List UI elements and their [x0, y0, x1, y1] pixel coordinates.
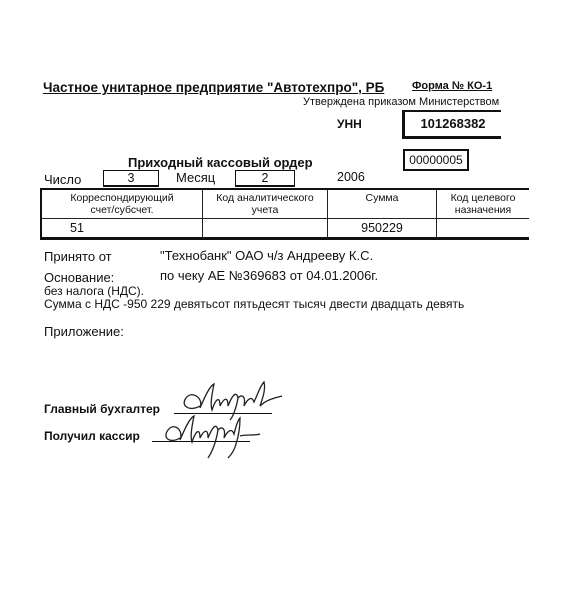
table-cell-account: 51: [41, 219, 203, 239]
amount-in-words: Сумма с НДС -950 229 девятьсот пятьдесят…: [44, 297, 464, 311]
month-value: 2: [235, 170, 295, 187]
table-cell-purpose-code: [437, 219, 530, 239]
table-cell-analytic-code: [203, 219, 328, 239]
column-header: Сумма: [328, 189, 437, 219]
received-from-value: "Технобанк" ОАО ч/з Андрееву К.С.: [160, 248, 373, 263]
document-title: Приходный кассовый ордер: [128, 155, 313, 170]
cashier-signature: [150, 410, 270, 460]
month-label: Месяц: [176, 170, 215, 185]
column-header: Код аналитического учета: [203, 189, 328, 219]
unn-label: УНН: [337, 117, 362, 131]
column-header: Код целевого назначения: [437, 189, 530, 219]
basis-value: по чеку АЕ №369683 от 04.01.2006г.: [160, 268, 378, 283]
form-code: Форма № КО-1: [412, 80, 492, 92]
order-number: 00000005: [403, 149, 469, 171]
chief-accountant-label: Главный бухгалтер: [44, 402, 160, 416]
unn-value: 101268382: [402, 110, 501, 139]
approved-by: Утверждена приказом Министерством: [303, 96, 499, 108]
day-value: 3: [103, 170, 159, 187]
table-cell-amount: 950229: [328, 219, 437, 239]
cashier-label: Получил кассир: [44, 429, 140, 443]
accounts-table: Корреспондирующий счет/субсчет. Код анал…: [40, 188, 529, 240]
day-label: Число: [44, 172, 81, 187]
column-header: Корреспондирующий счет/субсчет.: [41, 189, 203, 219]
received-from-label: Принято от: [44, 249, 112, 264]
basis-label: Основание:: [44, 270, 114, 285]
table-header-row: Корреспондирующий счет/субсчет. Код анал…: [41, 189, 529, 219]
organization-name: Частное унитарное предприятие "Автотехпр…: [43, 80, 384, 95]
vat-note: без налога (НДС).: [44, 284, 144, 298]
attachment-label: Приложение:: [44, 324, 124, 339]
year-value: 2006: [337, 170, 365, 184]
table-row: 51 950229: [41, 219, 529, 239]
